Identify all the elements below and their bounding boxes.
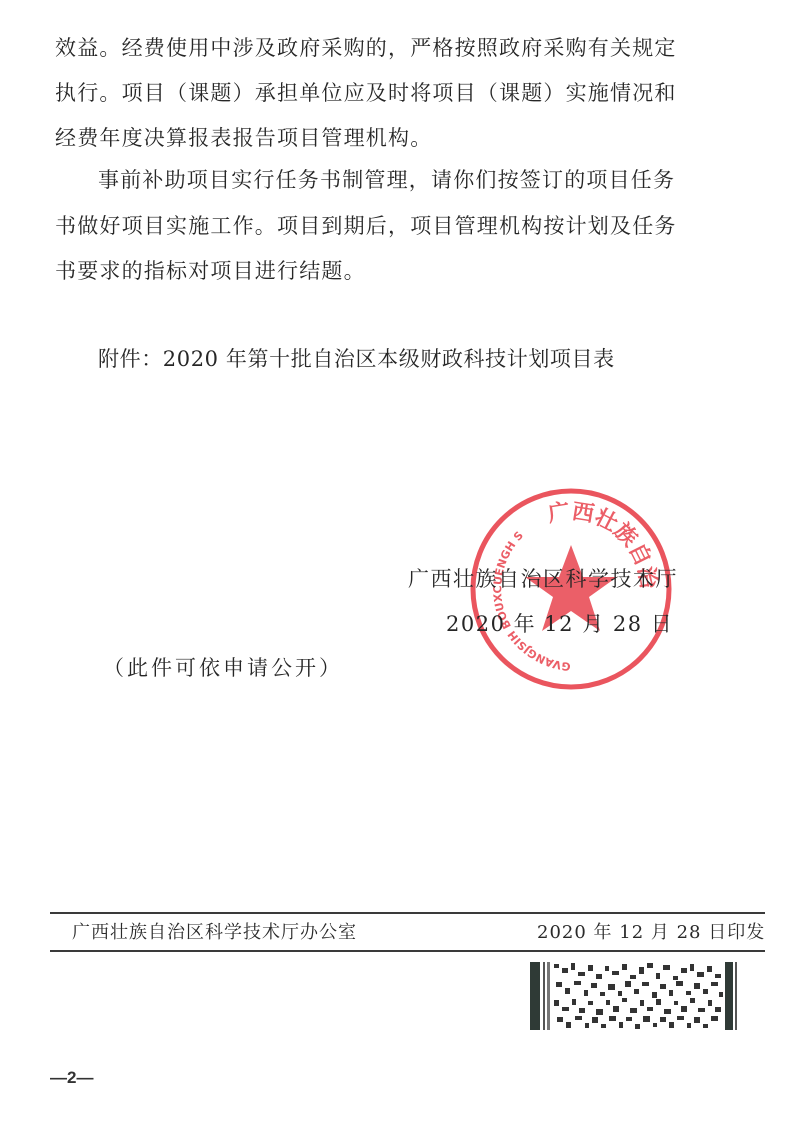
signature-date: 2020 年 12 月 28 日 <box>446 608 673 638</box>
body-line: 事前补助项目实行任务书制管理，请你们按签订的项目任务 <box>98 164 798 194</box>
body-line: 效益。经费使用中涉及政府采购的，严格按照政府采购有关规定 <box>55 32 755 62</box>
disclosure-note: （此件可依申请公开） <box>103 652 343 682</box>
body-line: 书做好项目实施工作。项目到期后，项目管理机构按计划及任务 <box>55 210 755 240</box>
footer-top-rule <box>50 912 765 914</box>
attachment-line: 附件：2020 年第十批自治区本级财政科技计划项目表 <box>98 343 798 373</box>
page-number: —2— <box>50 1068 93 1088</box>
body-line: 经费年度决算报表报告项目管理机构。 <box>55 122 755 152</box>
body-line: 执行。项目（课题）承担单位应及时将项目（课题）实施情况和 <box>55 77 755 107</box>
footer-issue-date: 2020 年 12 月 28 日印发 <box>537 918 765 944</box>
barcode-icon <box>530 962 739 1030</box>
signature-organization: 广西壮族自治区科学技术厅 <box>408 563 678 593</box>
body-line: 书要求的指标对项目进行结题。 <box>55 255 755 285</box>
footer-bottom-rule <box>50 950 765 952</box>
footer-issuer: 广西壮族自治区科学技术厅办公室 <box>72 918 357 944</box>
